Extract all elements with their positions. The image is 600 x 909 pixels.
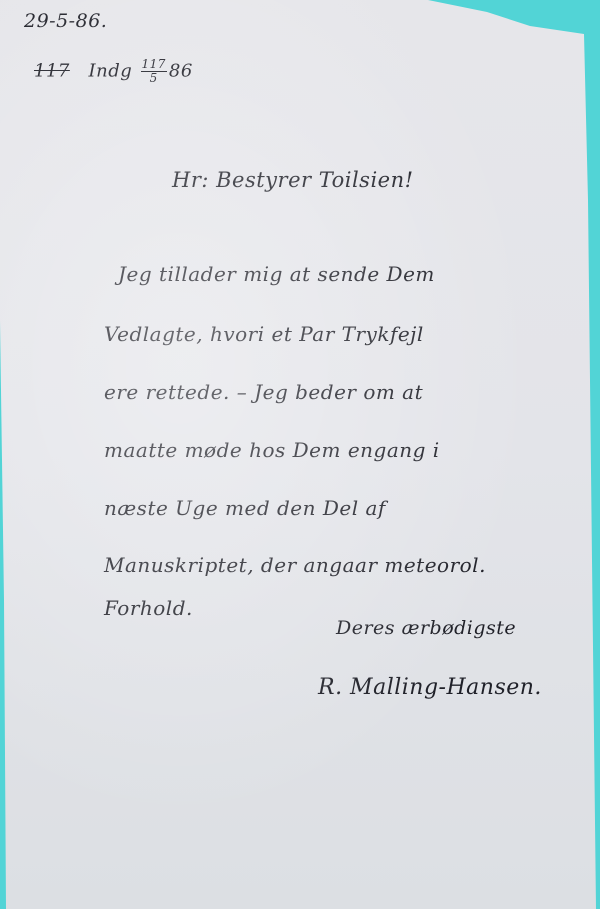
letter-date: 29-5-86.	[24, 10, 107, 32]
closing: Deres ærbødigste	[336, 617, 516, 639]
registration-fraction: 117 5	[141, 58, 167, 85]
registration-prefix: Indg	[89, 61, 133, 82]
letter-paper: 29-5-86. 117 Indg 117 5 86 Hr: Bestyrer …	[0, 0, 600, 909]
body-line: næste Uge med den Del af	[104, 496, 386, 520]
body-line: Manuskriptet, der angaar meteorol.	[104, 553, 486, 577]
body-line: Vedlagte, hvori et Par Trykfejl	[104, 322, 424, 346]
body-line: Forhold.	[104, 596, 193, 620]
registration-note: 117 Indg 117 5 86	[34, 58, 193, 85]
salutation: Hr: Bestyrer Toilsien!	[172, 168, 414, 192]
signature: R. Malling-Hansen.	[318, 675, 542, 700]
body-line: Jeg tillader mig at sende Dem	[118, 262, 435, 286]
fraction-denominator: 5	[141, 72, 167, 85]
body-line: maatte møde hos Dem engang i	[104, 438, 440, 462]
struck-number: 117	[34, 61, 70, 82]
fraction-numerator: 117	[141, 58, 167, 72]
body-line: ere rettede. – Jeg beder om at	[104, 380, 423, 404]
registration-year: 86	[169, 61, 193, 82]
